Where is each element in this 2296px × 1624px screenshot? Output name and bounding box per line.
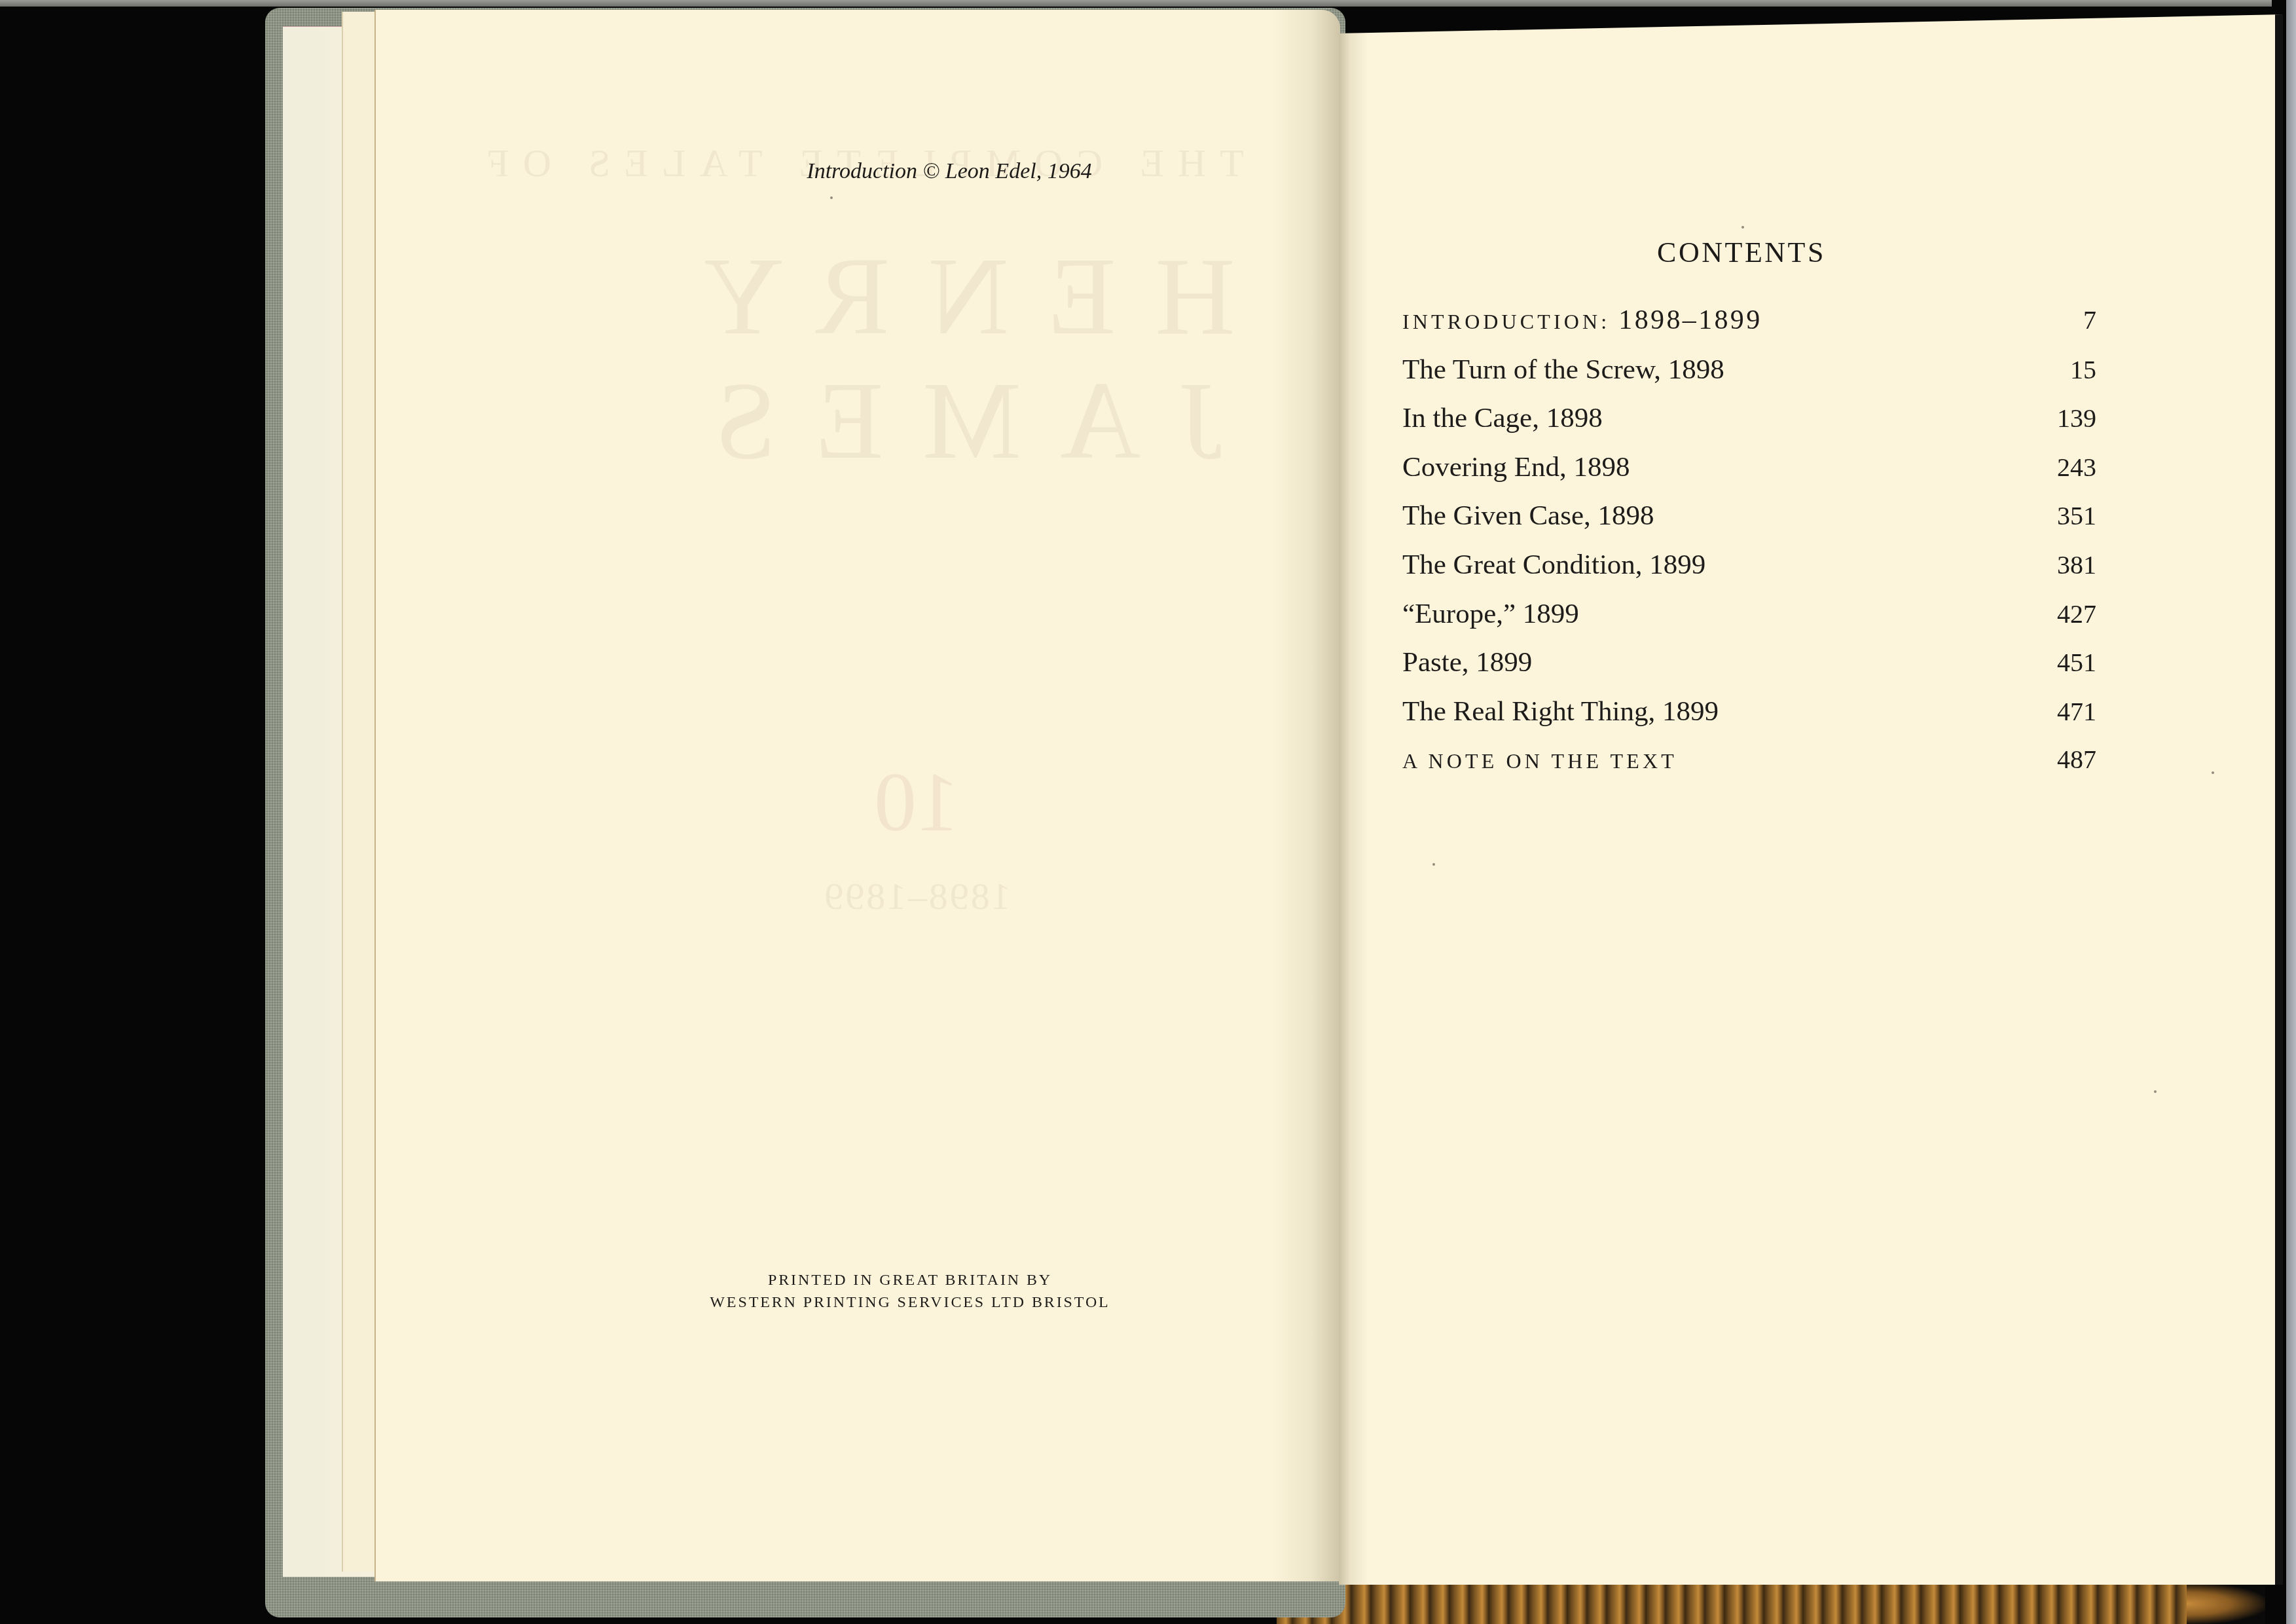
toc-entry-title-text: INTRODUCTION: bbox=[1402, 310, 1618, 333]
toc-entry: Covering End, 1898 243 bbox=[1402, 451, 2096, 500]
toc-entry-title: Paste, 1899 bbox=[1402, 646, 1532, 678]
toc-entry: The Real Right Thing, 1899 471 bbox=[1402, 695, 2096, 745]
toc-entry: The Given Case, 1898 351 bbox=[1402, 500, 2096, 549]
show-through-years: 1898–1899 bbox=[753, 874, 1080, 918]
toc-entry-page: 351 bbox=[2037, 500, 2096, 531]
paper-speck bbox=[2212, 771, 2214, 774]
show-through-title-henry: HENRY bbox=[655, 232, 1244, 360]
scanner-top-edge bbox=[0, 0, 2272, 7]
toc-entry-title: “Europe,” 1899 bbox=[1402, 598, 1579, 630]
toc-entry-title: The Turn of the Screw, 1898 bbox=[1402, 354, 1724, 386]
printer-imprint: PRINTED IN GREAT BRITAIN BY WESTERN PRIN… bbox=[674, 1269, 1146, 1314]
toc-entry: “Europe,” 1899 427 bbox=[1402, 598, 2096, 647]
toc-entry-page: 487 bbox=[2037, 744, 2096, 775]
show-through-volume-number: 10 bbox=[818, 753, 1015, 851]
toc-entry-page: 427 bbox=[2037, 599, 2096, 629]
toc-entry-title-years: 1898–1899 bbox=[1618, 305, 1762, 335]
toc-entry-page: 381 bbox=[2037, 549, 2096, 580]
table-of-contents: INTRODUCTION: 1898–1899 7 The Turn of th… bbox=[1402, 304, 2096, 793]
toc-entry-title: INTRODUCTION: 1898–1899 bbox=[1402, 304, 1762, 336]
toc-entry-page: 7 bbox=[2037, 304, 2096, 335]
imprint-line-1: PRINTED IN GREAT BRITAIN BY bbox=[674, 1269, 1146, 1291]
toc-entry-title: In the Cage, 1898 bbox=[1402, 402, 1603, 434]
toc-entry: In the Cage, 1898 139 bbox=[1402, 402, 2096, 451]
toc-entry-title: A NOTE ON THE TEXT bbox=[1402, 749, 1677, 773]
toc-entry-title: The Given Case, 1898 bbox=[1402, 500, 1654, 532]
imprint-line-2: WESTERN PRINTING SERVICES LTD BRISTOL bbox=[674, 1291, 1146, 1314]
toc-entry-title: Covering End, 1898 bbox=[1402, 451, 1630, 483]
paper-speck bbox=[830, 196, 833, 199]
toc-entry-introduction: INTRODUCTION: 1898–1899 7 bbox=[1402, 304, 2096, 354]
toc-entry: The Turn of the Screw, 1898 15 bbox=[1402, 354, 2096, 403]
book-page-edges-bottom bbox=[1277, 1583, 2226, 1624]
paper-speck bbox=[1741, 226, 1744, 229]
toc-entry-page: 451 bbox=[2037, 647, 2096, 678]
toc-entry-page: 243 bbox=[2037, 452, 2096, 483]
toc-entry-title: The Real Right Thing, 1899 bbox=[1402, 695, 1719, 728]
show-through-title-james: JAMES bbox=[655, 357, 1244, 485]
paper-speck bbox=[1432, 863, 1435, 866]
toc-entry-page: 15 bbox=[2037, 354, 2096, 385]
paper-speck bbox=[2154, 1090, 2157, 1093]
toc-entry-note-on-text: A NOTE ON THE TEXT 487 bbox=[1402, 744, 2096, 793]
contents-heading: CONTENTS bbox=[1545, 236, 1938, 269]
toc-entry: Paste, 1899 451 bbox=[1402, 646, 2096, 695]
toc-entry-page: 139 bbox=[2037, 403, 2096, 434]
book-scan: THE COMPLETE TALES OF HENRY JAMES 10 189… bbox=[0, 0, 2296, 1624]
toc-entry-page: 471 bbox=[2037, 696, 2096, 727]
toc-entry: The Great Condition, 1899 381 bbox=[1402, 549, 2096, 598]
copyright-notice: Introduction © Leon Edel, 1964 bbox=[720, 159, 1178, 184]
toc-entry-title: The Great Condition, 1899 bbox=[1402, 549, 1705, 581]
scanner-right-edge bbox=[2286, 0, 2296, 1624]
